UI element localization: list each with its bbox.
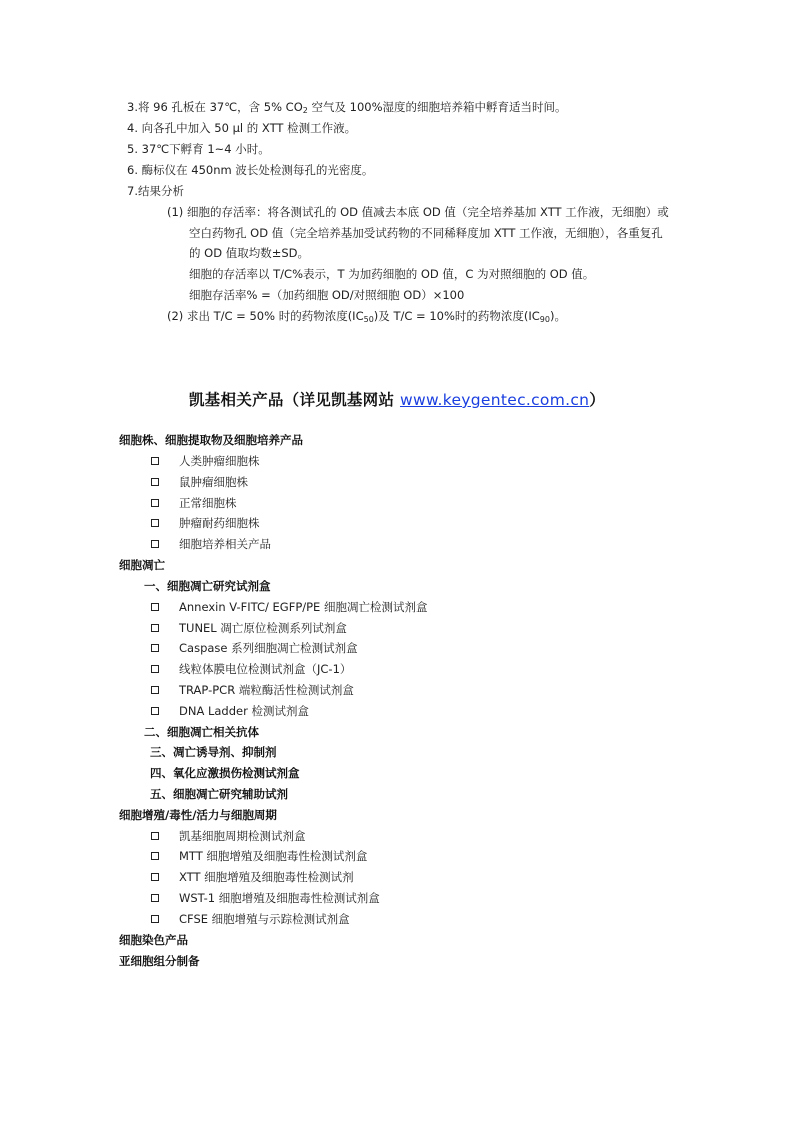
checkbox-square-icon	[151, 457, 159, 465]
checkbox-square-icon	[151, 644, 159, 652]
subcategory-oxidative-stress-kits: 四、氧化应激损伤检测试剂盒	[150, 765, 300, 781]
item-2-text-a: (2) 求出 T/C = 50% 时的药物浓度(IC	[167, 309, 364, 323]
list-item: Annexin V-FITC/ EGFP/PE 细胞凋亡检测试剂盒	[151, 599, 427, 615]
analysis-item-1-line-4: 细胞的存活率以 T/C%表示，T 为加药细胞的 OD 值，C 为对照细胞的 OD…	[189, 266, 594, 282]
list-item: DNA Ladder 检测试剂盒	[151, 703, 309, 719]
list-item: 肿瘤耐药细胞株	[151, 515, 260, 531]
ic50-subscript: 50	[364, 315, 374, 324]
list-item: WST-1 细胞增殖及细胞毒性检测试剂盒	[151, 890, 380, 906]
analysis-item-2: (2) 求出 T/C = 50% 时的药物浓度(IC50)及 T/C = 10%…	[167, 308, 566, 324]
heading-text: 凯基相关产品（详见凯基网站	[189, 391, 400, 409]
checkbox-square-icon	[151, 686, 159, 694]
subcategory-inducers-inhibitors: 三、凋亡诱导剂、抑制剂	[150, 744, 277, 760]
item-label: 凯基细胞周期检测试剂盒	[179, 828, 306, 844]
item-label: 正常细胞株	[179, 495, 237, 511]
analysis-item-1-formula: 细胞存活率% =（加药细胞 OD/对照细胞 OD）×100	[189, 287, 464, 303]
checkbox-square-icon	[151, 603, 159, 611]
category-subcellular: 亚细胞组分制备	[119, 953, 200, 969]
checkbox-square-icon	[151, 915, 159, 923]
item-label: TUNEL 凋亡原位检测系列试剂盒	[179, 620, 347, 636]
checkbox-square-icon	[151, 894, 159, 902]
list-item: 线粒体膜电位检测试剂盒（JC-1）	[151, 661, 351, 677]
list-item: TUNEL 凋亡原位检测系列试剂盒	[151, 620, 347, 636]
subcategory-auxiliary-reagents: 五、细胞凋亡研究辅助试剂	[150, 786, 288, 802]
item-label: WST-1 细胞增殖及细胞毒性检测试剂盒	[179, 890, 380, 906]
item-label: Annexin V-FITC/ EGFP/PE 细胞凋亡检测试剂盒	[179, 599, 427, 615]
checkbox-square-icon	[151, 499, 159, 507]
item-label: 人类肿瘤细胞株	[179, 453, 260, 469]
item-label: 线粒体膜电位检测试剂盒（JC-1）	[179, 661, 351, 677]
list-item: XTT 细胞增殖及细胞毒性检测试剂	[151, 869, 354, 885]
analysis-item-1-line-2: 空白药物孔 OD 值（完全培养基加受试药物的不同稀释度加 XTT 工作液，无细胞…	[189, 225, 663, 241]
list-item: TRAP-PCR 端粒酶活性检测试剂盒	[151, 682, 354, 698]
item-2-text-b: )及 T/C = 10%时的药物浓度(IC	[374, 309, 540, 323]
list-item: 细胞培养相关产品	[151, 536, 271, 552]
heading-close-paren: ）	[589, 391, 605, 409]
item-label: TRAP-PCR 端粒酶活性检测试剂盒	[179, 682, 354, 698]
checkbox-square-icon	[151, 478, 159, 486]
item-label: Caspase 系列细胞凋亡检测试剂盒	[179, 640, 358, 656]
related-products-heading: 凯基相关产品（详见凯基网站 www.keygentec.com.cn）	[0, 388, 794, 410]
item-label: DNA Ladder 检测试剂盒	[179, 703, 309, 719]
category-staining: 细胞染色产品	[119, 932, 188, 948]
item-2-text-c: )。	[550, 309, 566, 323]
subcategory-apoptosis-antibodies: 二、细胞凋亡相关抗体	[144, 724, 259, 740]
item-label: 细胞培养相关产品	[179, 536, 271, 552]
step-5: 5. 37℃下孵育 1~4 小时。	[127, 141, 270, 157]
item-label: MTT 细胞增殖及细胞毒性检测试剂盒	[179, 848, 367, 864]
analysis-item-1-line-3: 的 OD 值取均数±SD。	[189, 245, 309, 261]
checkbox-square-icon	[151, 624, 159, 632]
item-label: 鼠肿瘤细胞株	[179, 474, 248, 490]
checkbox-square-icon	[151, 540, 159, 548]
category-cell-lines: 细胞株、细胞提取物及细胞培养产品	[119, 432, 303, 448]
item-label: CFSE 细胞增殖与示踪检测试剂盒	[179, 911, 350, 927]
item-label: 肿瘤耐药细胞株	[179, 515, 260, 531]
list-item: 人类肿瘤细胞株	[151, 453, 260, 469]
list-item: MTT 细胞增殖及细胞毒性检测试剂盒	[151, 848, 367, 864]
step-4: 4. 向各孔中加入 50 μl 的 XTT 检测工作液。	[127, 120, 356, 136]
list-item: 凯基细胞周期检测试剂盒	[151, 828, 306, 844]
subcategory-apoptosis-kits: 一、细胞凋亡研究试剂盒	[144, 578, 271, 594]
list-item: 正常细胞株	[151, 495, 237, 511]
checkbox-square-icon	[151, 832, 159, 840]
checkbox-square-icon	[151, 665, 159, 673]
keygentec-website-link[interactable]: www.keygentec.com.cn	[400, 391, 589, 409]
checkbox-square-icon	[151, 707, 159, 715]
checkbox-square-icon	[151, 519, 159, 527]
category-apoptosis: 细胞凋亡	[119, 557, 165, 573]
checkbox-square-icon	[151, 852, 159, 860]
item-label: XTT 细胞增殖及细胞毒性检测试剂	[179, 869, 354, 885]
step-3-text-a: 3.将 96 孔板在 37℃，含 5% CO	[127, 100, 303, 114]
ic90-subscript: 90	[540, 315, 550, 324]
category-proliferation: 细胞增殖/毒性/活力与细胞周期	[119, 807, 277, 823]
list-item: 鼠肿瘤细胞株	[151, 474, 248, 490]
checkbox-square-icon	[151, 873, 159, 881]
step-6: 6. 酶标仪在 450nm 波长处检测每孔的光密度。	[127, 162, 373, 178]
list-item: Caspase 系列细胞凋亡检测试剂盒	[151, 640, 358, 656]
step-7-result-analysis: 7.结果分析	[127, 183, 184, 199]
step-3: 3.将 96 孔板在 37℃，含 5% CO2 空气及 100%湿度的细胞培养箱…	[127, 99, 567, 115]
analysis-item-1-line-1: (1) 细胞的存活率：将各测试孔的 OD 值减去本底 OD 值（完全培养基加 X…	[167, 204, 669, 220]
list-item: CFSE 细胞增殖与示踪检测试剂盒	[151, 911, 350, 927]
step-3-text-b: 空气及 100%湿度的细胞培养箱中孵育适当时间。	[308, 100, 567, 114]
